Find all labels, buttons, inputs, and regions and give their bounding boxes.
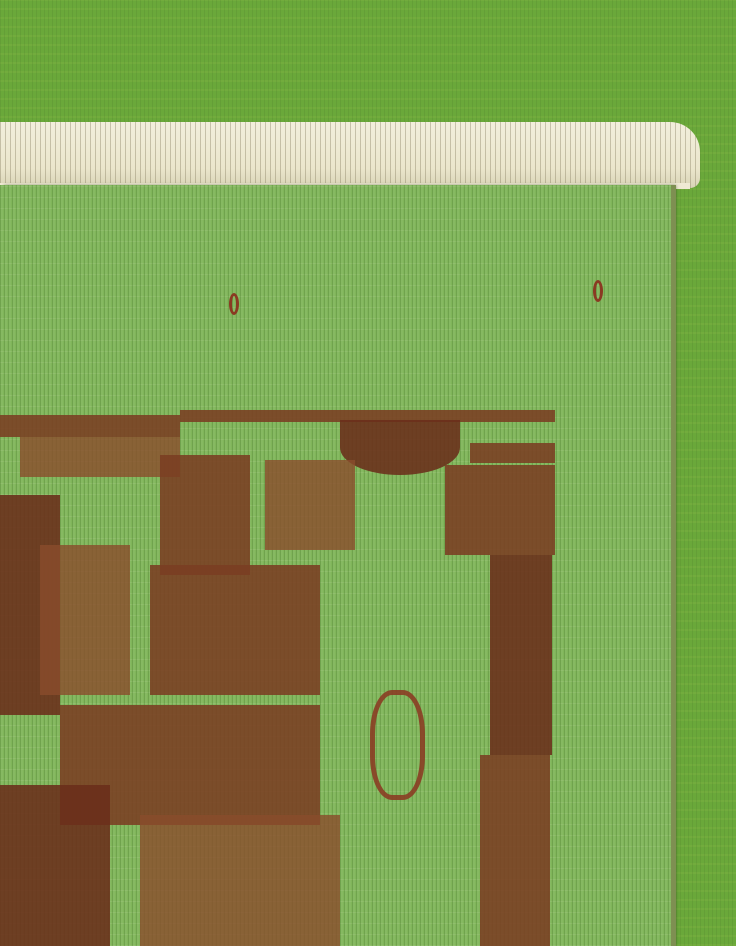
rug-corner [0, 185, 672, 946]
field-motif [40, 545, 130, 695]
border-motif [490, 555, 552, 755]
field-motif [370, 690, 425, 800]
field-motif [0, 785, 110, 946]
border-motif [20, 437, 180, 477]
field-motif [265, 460, 355, 550]
field-motif [140, 815, 340, 946]
border-motif [445, 465, 555, 555]
border-motif [340, 420, 460, 475]
border-motif [0, 415, 180, 437]
border-motif [480, 755, 550, 946]
small-motif [593, 280, 603, 302]
fringe [0, 122, 700, 188]
small-motif [229, 293, 239, 315]
border-motif [470, 443, 555, 463]
rug-side-edge [671, 185, 676, 946]
field-motif [150, 565, 320, 695]
field-motif [160, 455, 250, 575]
